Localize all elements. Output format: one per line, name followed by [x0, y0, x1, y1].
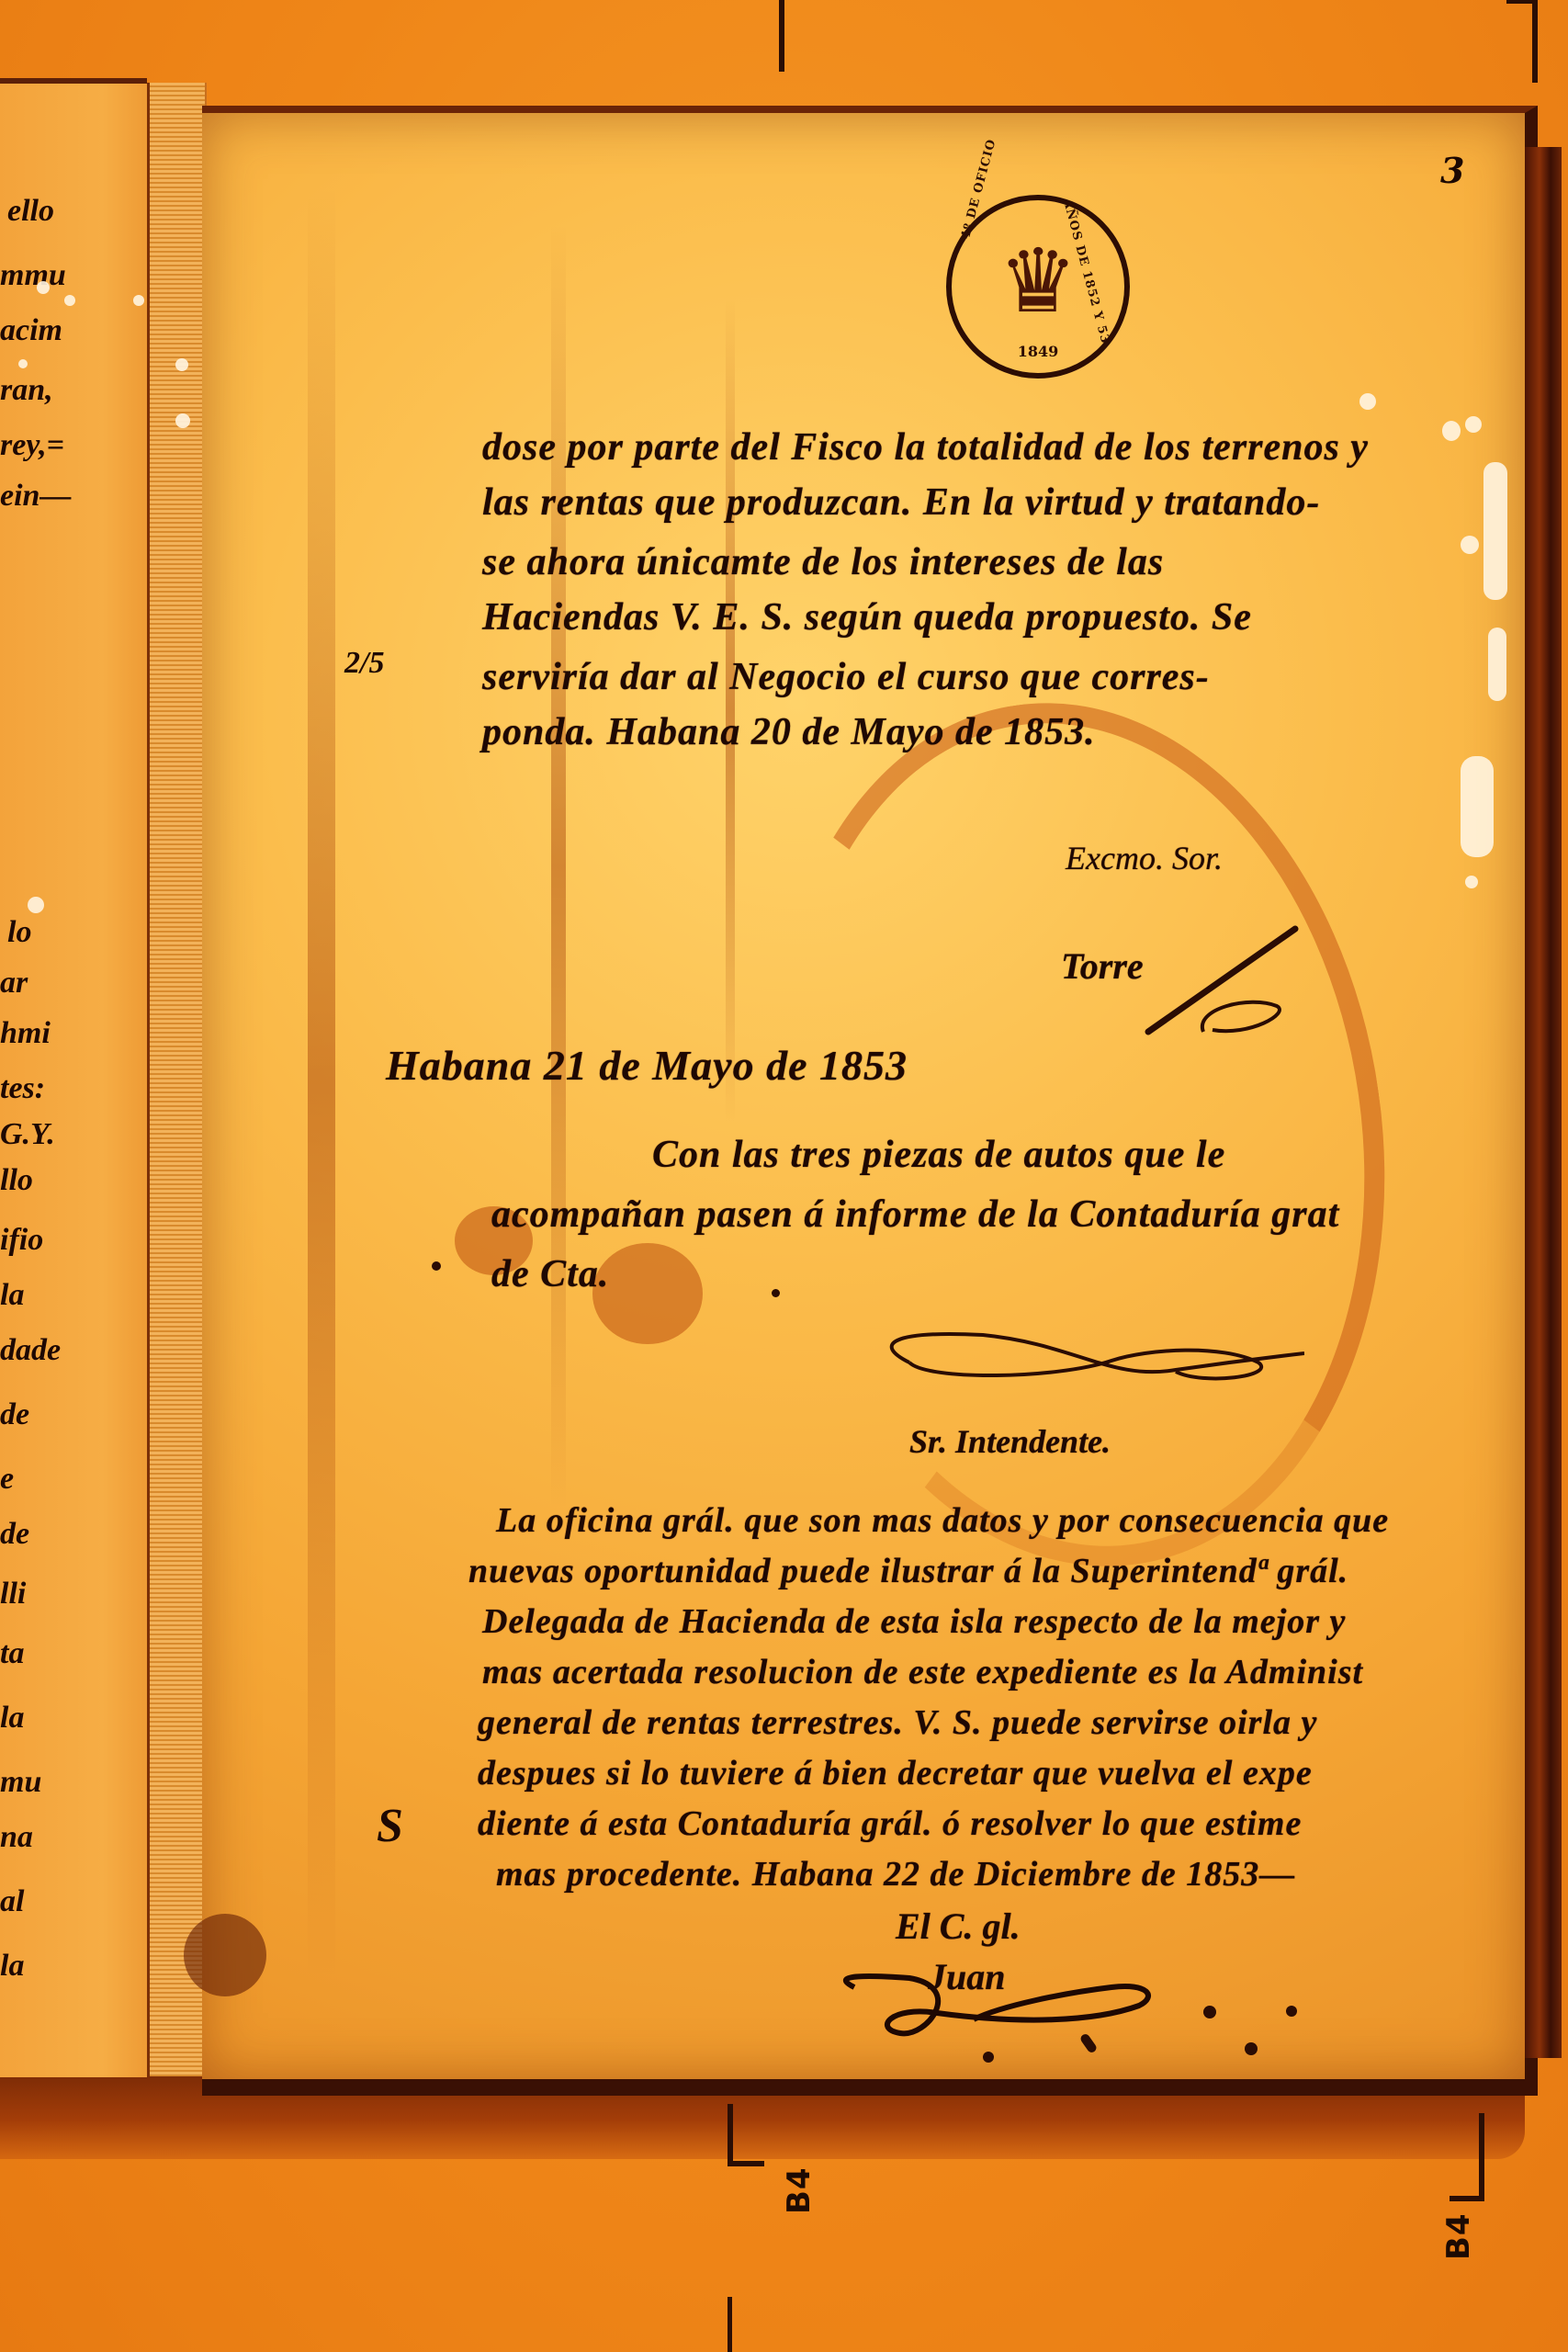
manuscript-line: diente á esta Contaduría grál. ó resolve… [478, 1804, 1302, 1844]
manuscript-line: ponda. Habana 20 de Mayo de 1853. [482, 710, 1096, 754]
left-page-fragment: lo [7, 915, 31, 950]
foxing-spot [37, 281, 50, 294]
registration-label-right: B4 [1440, 2212, 1477, 2260]
manuscript-line: de Cta. [491, 1252, 609, 1296]
signature-torre: Torre [1061, 944, 1144, 988]
left-page-fragment: ran, [0, 373, 53, 408]
left-page-fragment: al [0, 1884, 24, 1919]
left-page-fragment: tes: [0, 1071, 45, 1106]
salutation: Excmo. Sor. [1066, 839, 1223, 877]
left-page-fragment: na [0, 1820, 33, 1855]
seal-figure-icon: ♛ [998, 237, 1077, 325]
manuscript-line: Con las tres piezas de autos que le [652, 1133, 1225, 1177]
left-page-fragment: G.Y. [0, 1117, 55, 1152]
foxing-spot [175, 413, 190, 428]
official-seal-stamp: 4º DE OFICIO AÑOS DE 1852 Y 53 ♛ 1849 [946, 195, 1130, 379]
registration-mark-bottom-right-foot [1450, 2196, 1484, 2201]
left-page-fragment: acim [0, 313, 62, 348]
foxing-spot [133, 295, 144, 306]
foxing-spot [175, 358, 188, 371]
left-page-fragment: la [0, 1278, 24, 1313]
manuscript-page: 3 2/5 dose por parte del Fisco la totali… [202, 106, 1538, 2096]
left-page-fragment: lli [0, 1577, 26, 1611]
registration-mark-bottom-tick [728, 2297, 732, 2352]
foxing-spot [1483, 462, 1507, 600]
manuscript-line: La oficina grál. que son mas datos y por… [496, 1500, 1389, 1541]
registration-label-left: B4 [781, 2166, 818, 2214]
manuscript-line: nuevas oportunidad puede ilustrar á la S… [468, 1551, 1348, 1591]
manuscript-line: dose por parte del Fisco la totalidad de… [482, 425, 1369, 469]
signature-rubric [836, 1969, 1167, 2052]
manuscript-line: se ahora únicamte de los intereses de la… [482, 540, 1164, 584]
left-page-fragment: e [0, 1462, 14, 1497]
manuscript-line: general de rentas terrestres. V. S. pued… [478, 1702, 1317, 1743]
left-page-fragment: ein— [0, 479, 71, 514]
foxing-spot [1465, 416, 1482, 433]
left-page-fragment: ifio [0, 1223, 43, 1258]
closing: El C. gl. [896, 1905, 1021, 1948]
left-page-fragment: de [0, 1517, 29, 1552]
date-heading: Habana 21 de Mayo de 1853 [386, 1041, 908, 1090]
book-binding [147, 83, 207, 2076]
foxing-spot [28, 897, 44, 913]
foxing-spot [64, 295, 75, 306]
manuscript-line: acompañan pasen á informe de la Contadur… [491, 1193, 1339, 1237]
registration-mark-top-right [1532, 0, 1538, 83]
foxing-spot [1442, 421, 1461, 441]
addressee: Sr. Intendente. [909, 1422, 1111, 1461]
left-page-fragment: rey,= [0, 428, 64, 463]
left-page-fragment: ar [0, 966, 28, 1001]
water-stain [308, 187, 335, 1978]
seal-year: 1849 [952, 343, 1124, 360]
registration-mark-bottom-right [1479, 2113, 1484, 2201]
left-page-fragment: hmi [0, 1016, 51, 1051]
registration-mark-top-left [779, 0, 784, 72]
signature-rubric [1139, 922, 1314, 1041]
foxing-spot [1465, 876, 1478, 888]
left-page-fragment: de [0, 1397, 29, 1432]
margin-mark: S [377, 1799, 403, 1853]
foxing-spot [1359, 393, 1376, 410]
manuscript-line: serviría dar al Negocio el curso que cor… [482, 655, 1210, 699]
foxing-spot [1488, 628, 1506, 701]
foxing-spot [18, 359, 28, 368]
left-page: ello mmu acim ran, rey,= ein— lo ar hmi … [0, 78, 147, 2077]
left-page-fragment: mu [0, 1765, 41, 1800]
manuscript-line: Haciendas V. E. S. según queda propuesto… [482, 595, 1252, 639]
left-page-fragment: mmu [0, 258, 66, 293]
folio-number: 3 [1440, 150, 1464, 191]
registration-mark-bottom-left [728, 2104, 733, 2166]
manuscript-line: despues si lo tuviere á bien decretar qu… [478, 1753, 1313, 1793]
registration-mark-bottom-left-foot [728, 2161, 764, 2166]
water-stain [551, 223, 566, 1510]
book-cover-edge [1525, 147, 1562, 2058]
ink-dot [983, 2052, 994, 2063]
margin-note-fraction: 2/5 [344, 646, 384, 681]
manuscript-line: mas procedente. Habana 22 de Diciembre d… [496, 1854, 1295, 1894]
manuscript-line: Delegada de Hacienda de esta isla respec… [482, 1601, 1346, 1642]
left-page-fragment: ta [0, 1636, 24, 1671]
manuscript-line: las rentas que produzcan. En la virtud y… [482, 481, 1320, 525]
ink-dot [1245, 2042, 1258, 2055]
foxing-spot [1461, 536, 1479, 554]
left-page-fragment: ello [7, 194, 54, 229]
ink-dot [1286, 2006, 1297, 2017]
foxing-spot [1461, 756, 1494, 857]
registration-mark-top-right-tick [1506, 0, 1538, 4]
ink-dot [1203, 2006, 1216, 2018]
manuscript-line: mas acertada resolucion de este expedien… [482, 1652, 1363, 1692]
left-page-fragment: llo [0, 1163, 33, 1198]
ink-dot [772, 1289, 780, 1297]
left-page-fragment: dade [0, 1333, 61, 1368]
rubric-flourish [873, 1326, 1304, 1395]
stain-blot [184, 1914, 266, 1996]
left-page-fragment: la [0, 1949, 24, 1984]
ink-dot [432, 1261, 441, 1271]
left-page-fragment: la [0, 1701, 24, 1736]
